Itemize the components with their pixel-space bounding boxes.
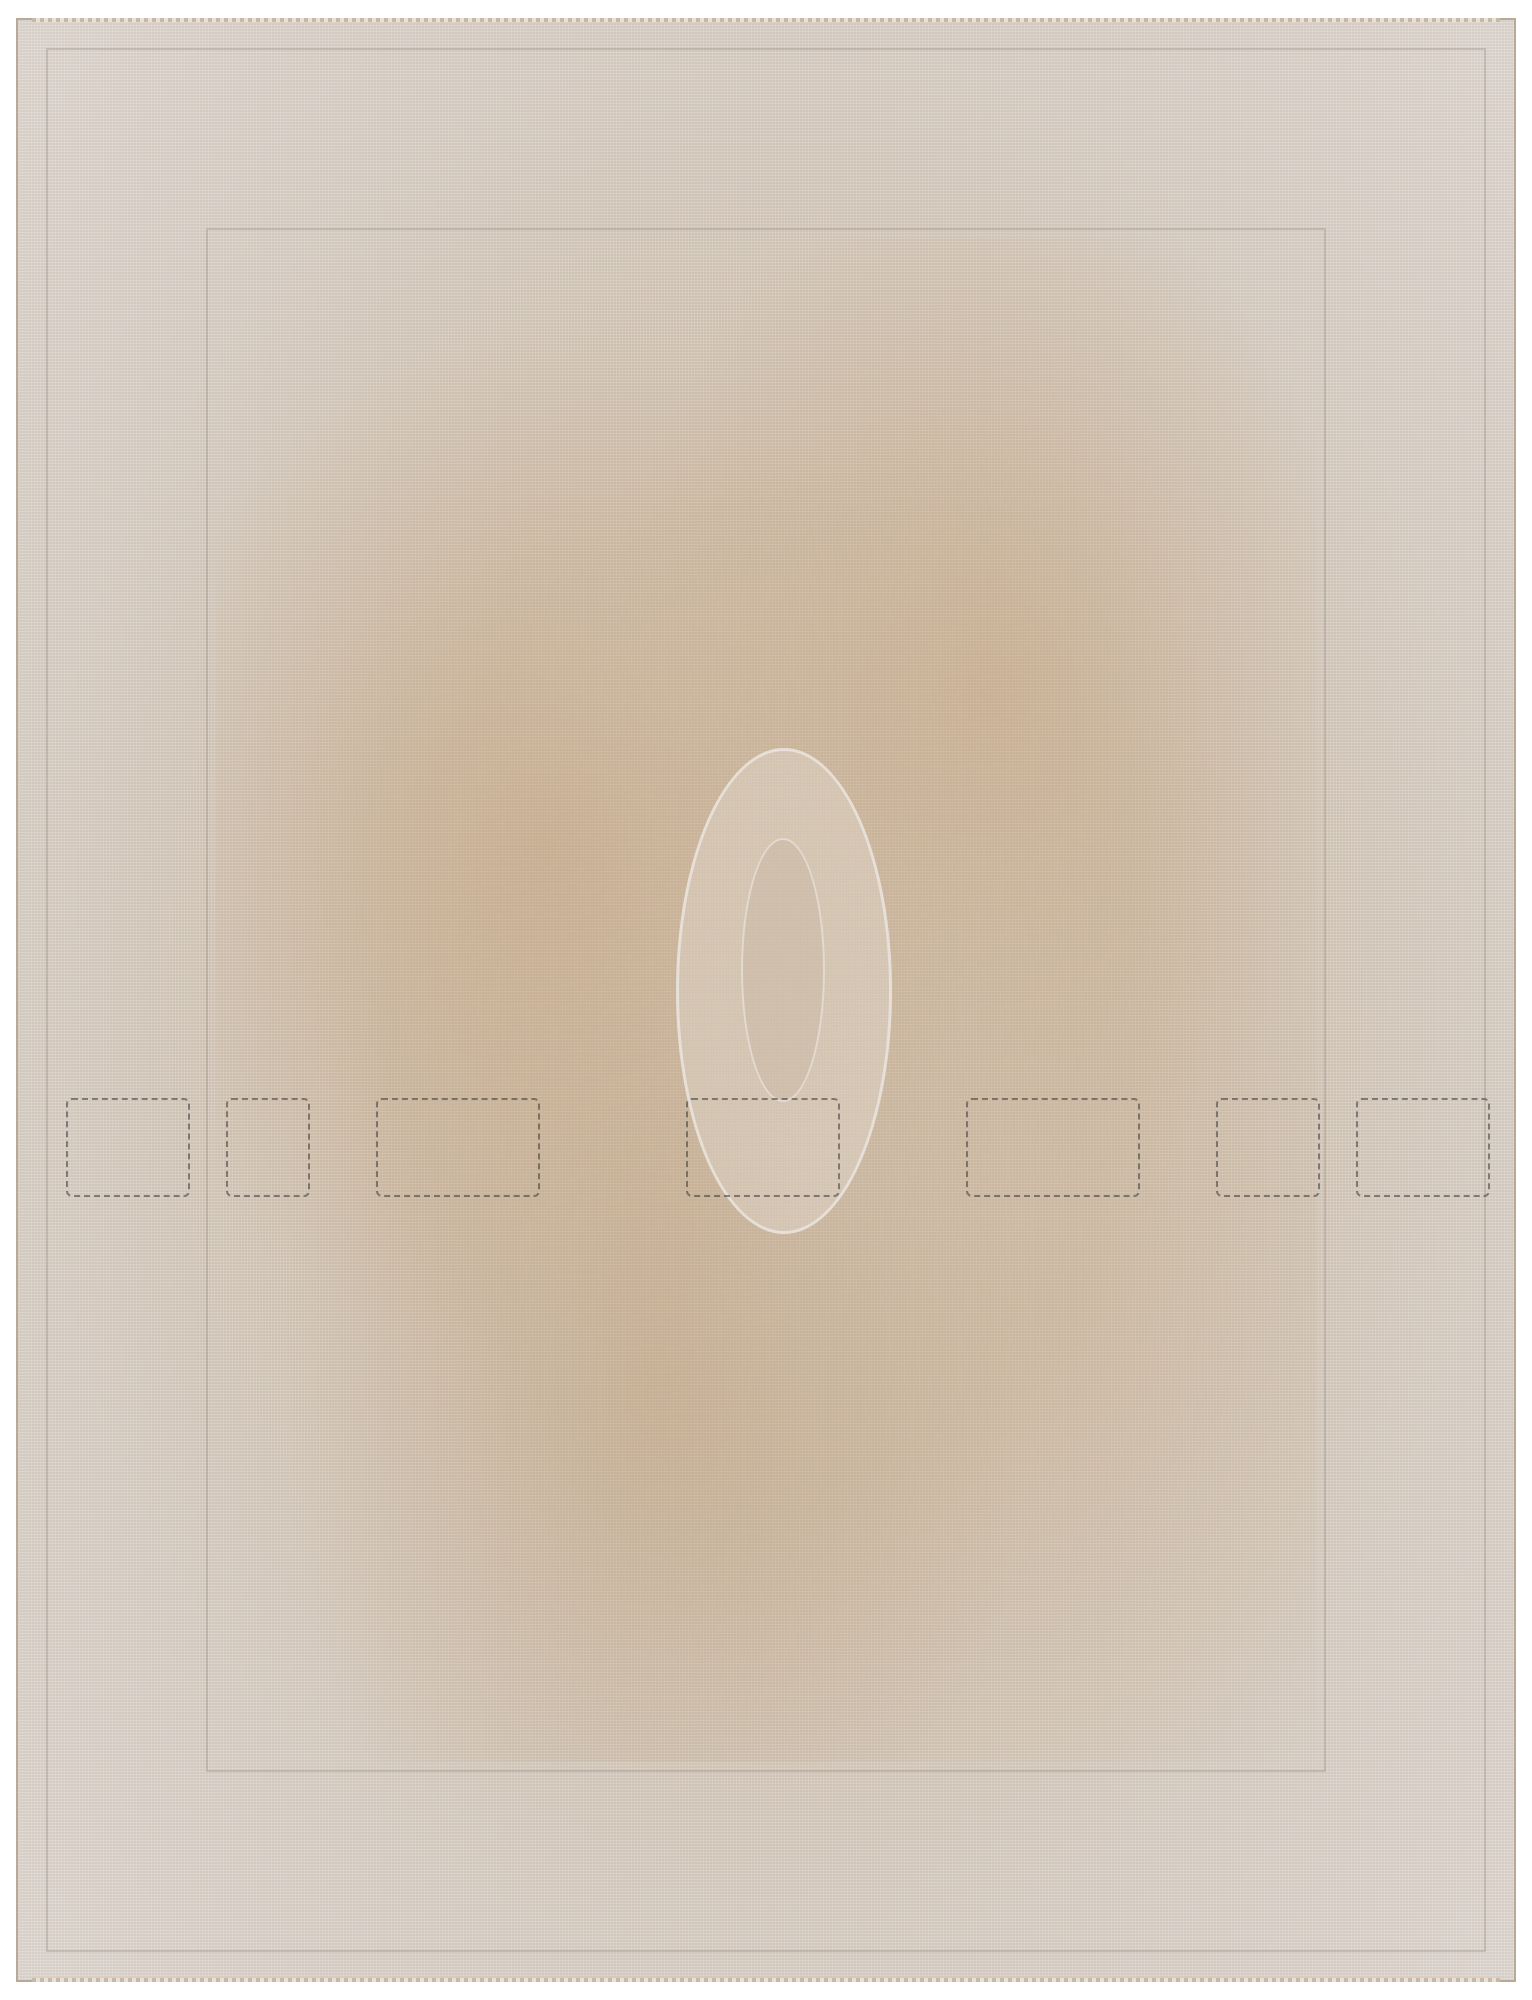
motif bbox=[686, 1098, 840, 1197]
motif bbox=[1356, 1098, 1490, 1197]
bottom-fringe bbox=[32, 1978, 1500, 1982]
rug bbox=[16, 18, 1516, 1982]
motif bbox=[66, 1098, 190, 1197]
medallion-core bbox=[741, 838, 825, 1102]
motif bbox=[966, 1098, 1140, 1197]
top-fringe bbox=[32, 18, 1500, 22]
motif bbox=[376, 1098, 540, 1197]
motif bbox=[1216, 1098, 1320, 1197]
motif bbox=[226, 1098, 310, 1197]
dark-motif-band bbox=[66, 1098, 1496, 1193]
